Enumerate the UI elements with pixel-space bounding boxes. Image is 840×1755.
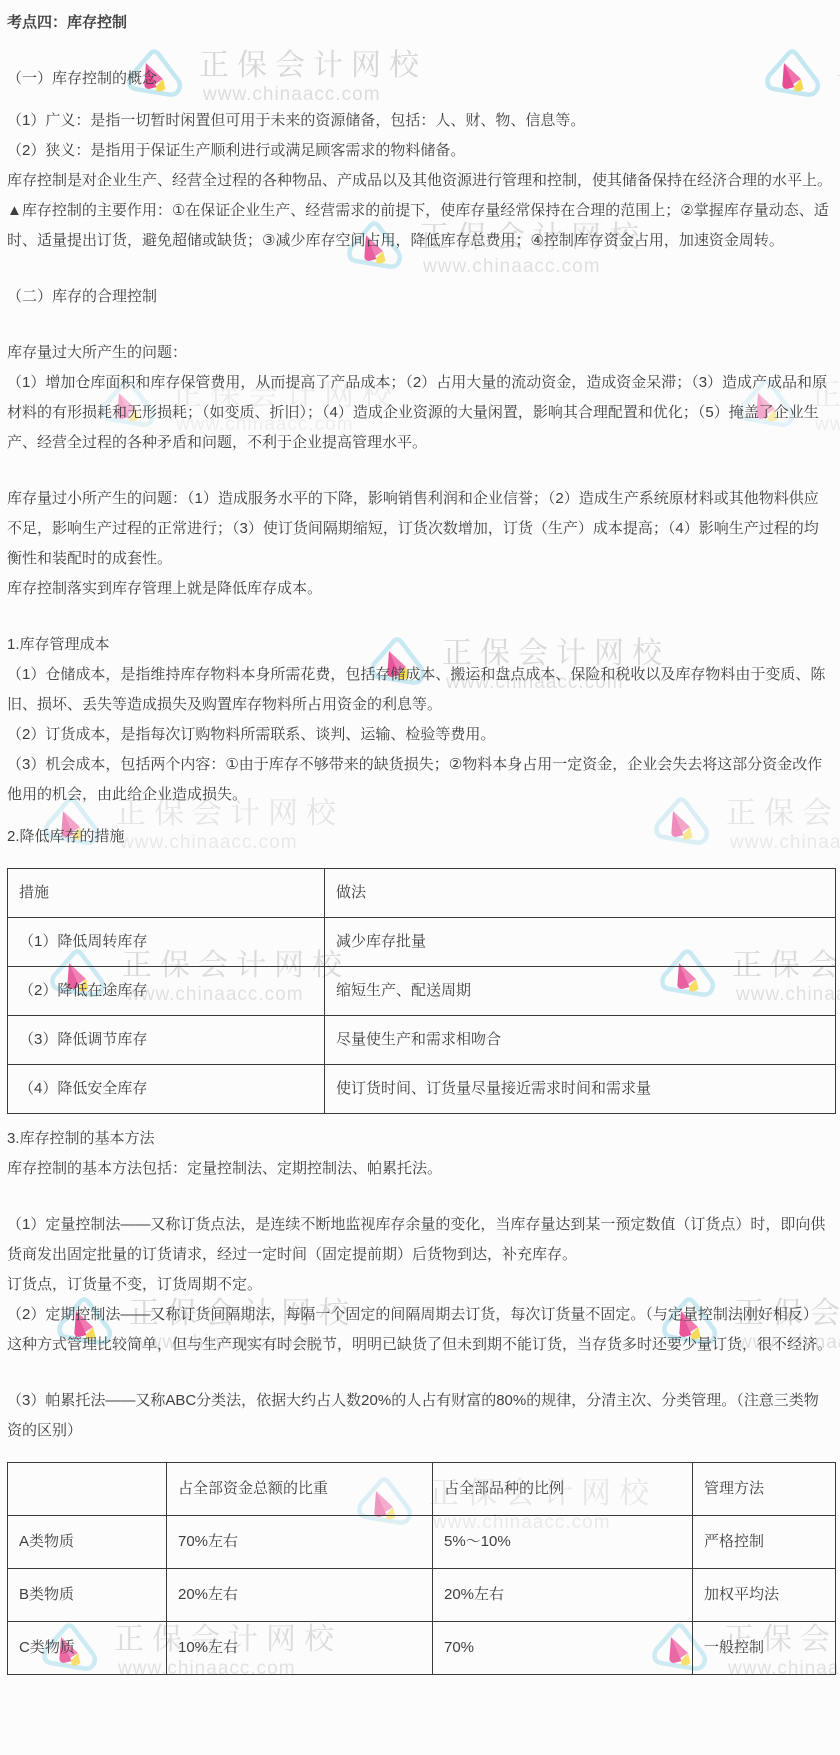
table-cell: 缩短生产、配送周期	[325, 967, 836, 1016]
para-understock-problems: 库存量过小所产生的问题：（1）造成服务水平的下降，影响销售利润和企业信誉；（2）…	[7, 484, 833, 574]
document-content: 考点四：库存控制（一）库存控制的概念（1）广义：是指一切暂时闲置但可用于未来的资…	[0, 0, 840, 1675]
table-row: B类物质20%左右20%左右加权平均法	[8, 1569, 836, 1622]
table-cell: （3）降低调节库存	[8, 1016, 325, 1065]
heading-reduce-inventory-measures: 2.降低库存的措施	[7, 822, 833, 852]
table-cell: 加权平均法	[693, 1569, 836, 1622]
document-page: 正保会计网校 www.chinaacc.com 正保会计网校 www.china…	[0, 0, 840, 1755]
para-methods-list: 库存控制的基本方法包括：定量控制法、定期控制法、帕累托法。	[7, 1154, 833, 1184]
table-cell: 减少库存批量	[325, 918, 836, 967]
heading-basic-methods: 3.库存控制的基本方法	[7, 1124, 833, 1154]
table-cell: 20%左右	[433, 1569, 693, 1622]
table-cell: A类物质	[8, 1516, 167, 1569]
table-cell	[8, 1463, 167, 1516]
para-storage-cost: （1）仓储成本，是指维持库存物料本身所需花费，包括存储成本、搬运和盘点成本、保险…	[7, 660, 833, 720]
table-row: 占全部资金总额的比重占全部品种的比例管理方法	[8, 1463, 836, 1516]
para-overstock-lead: 库存量过大所产生的问题：	[7, 338, 833, 368]
table-cell: 10%左右	[167, 1622, 433, 1675]
reduce-inventory-table: 措施做法（1）降低周转库存减少库存批量（2）降低在途库存缩短生产、配送周期（3）…	[7, 868, 836, 1114]
table-cell: 占全部品种的比例	[433, 1463, 693, 1516]
para-quantity-control-method: （1）定量控制法——又称订货点法，是连续不断地监视库存余量的变化，当库存量达到某…	[7, 1210, 833, 1270]
table-cell: 占全部资金总额的比重	[167, 1463, 433, 1516]
table-cell: C类物质	[8, 1622, 167, 1675]
table-cell: 70%左右	[167, 1516, 433, 1569]
para-opportunity-cost: （3）机会成本，包括两个内容：①由于库存不够带来的缺货损失；②物料本身占用一定资…	[7, 750, 833, 810]
table-row: C类物质10%左右70%一般控制	[8, 1622, 836, 1675]
para-pareto-method: （3）帕累托法——又称ABC分类法，依据大约占人数20%的人占有财富的80%的规…	[7, 1386, 833, 1446]
table-cell: B类物质	[8, 1569, 167, 1622]
table-cell: 尽量使生产和需求相吻合	[325, 1016, 836, 1065]
table-cell: 5%～10%	[433, 1516, 693, 1569]
table-cell: （4）降低安全库存	[8, 1065, 325, 1114]
para-overstock-problems: （1）增加仓库面积和库存保管费用，从而提高了产品成本；（2）占用大量的流动资金，…	[7, 368, 833, 458]
para-ordering-cost: （2）订货成本，是指每次订购物料所需联系、谈判、运输、检验等费用。	[7, 720, 833, 750]
table-row: （1）降低周转库存减少库存批量	[8, 918, 836, 967]
table-cell: 管理方法	[693, 1463, 836, 1516]
table-cell: 20%左右	[167, 1569, 433, 1622]
para-main-functions: ▲库存控制的主要作用：①在保证企业生产、经营需求的前提下，使库存量经常保持在合理…	[7, 196, 833, 256]
table-row: A类物质70%左右5%～10%严格控制	[8, 1516, 836, 1569]
para-order-point: 订货点，订货量不变，订货周期不定。	[7, 1270, 833, 1300]
section-2-heading: （二）库存的合理控制	[7, 282, 833, 312]
para-periodic-control-method: （2）定期控制法——又称订货间隔期法，每隔一个固定的间隔周期去订货，每次订货量不…	[7, 1300, 833, 1330]
table-row: （3）降低调节库存尽量使生产和需求相吻合	[8, 1016, 836, 1065]
table-row: 措施做法	[8, 869, 836, 918]
abc-classification-table: 占全部资金总额的比重占全部品种的比例管理方法A类物质70%左右5%～10%严格控…	[7, 1462, 836, 1675]
table-cell: 严格控制	[693, 1516, 836, 1569]
heading-inventory-management-cost: 1.库存管理成本	[7, 630, 833, 660]
table-cell: 使订货时间、订货量尽量接近需求时间和需求量	[325, 1065, 836, 1114]
table-cell: （2）降低在途库存	[8, 967, 325, 1016]
table-row: （2）降低在途库存缩短生产、配送周期	[8, 967, 836, 1016]
table-row: （4）降低安全库存使订货时间、订货量尽量接近需求时间和需求量	[8, 1065, 836, 1114]
table-cell: 一般控制	[693, 1622, 836, 1675]
section-1-heading: （一）库存控制的概念	[7, 64, 833, 94]
table-cell: 做法	[325, 869, 836, 918]
para-narrow-definition: （2）狭义：是指用于保证生产顺利进行或满足顾客需求的物料储备。	[7, 136, 833, 166]
table-cell: （1）降低周转库存	[8, 918, 325, 967]
table-cell: 措施	[8, 869, 325, 918]
para-periodic-drawback: 这种方式管理比较简单，但与生产现实有时会脱节，明明已缺货了但未到期不能订货，当存…	[7, 1330, 833, 1360]
para-inventory-control-definition: 库存控制是对企业生产、经营全过程的各种物品、产成品以及其他资源进行管理和控制，使…	[7, 166, 833, 196]
table-cell: 70%	[433, 1622, 693, 1675]
para-broad-definition: （1）广义：是指一切暂时闲置但可用于未来的资源储备，包括：人、财、物、信息等。	[7, 106, 833, 136]
para-reduce-cost: 库存控制落实到库存管理上就是降低库存成本。	[7, 574, 833, 604]
topic-title: 考点四：库存控制	[7, 8, 833, 38]
